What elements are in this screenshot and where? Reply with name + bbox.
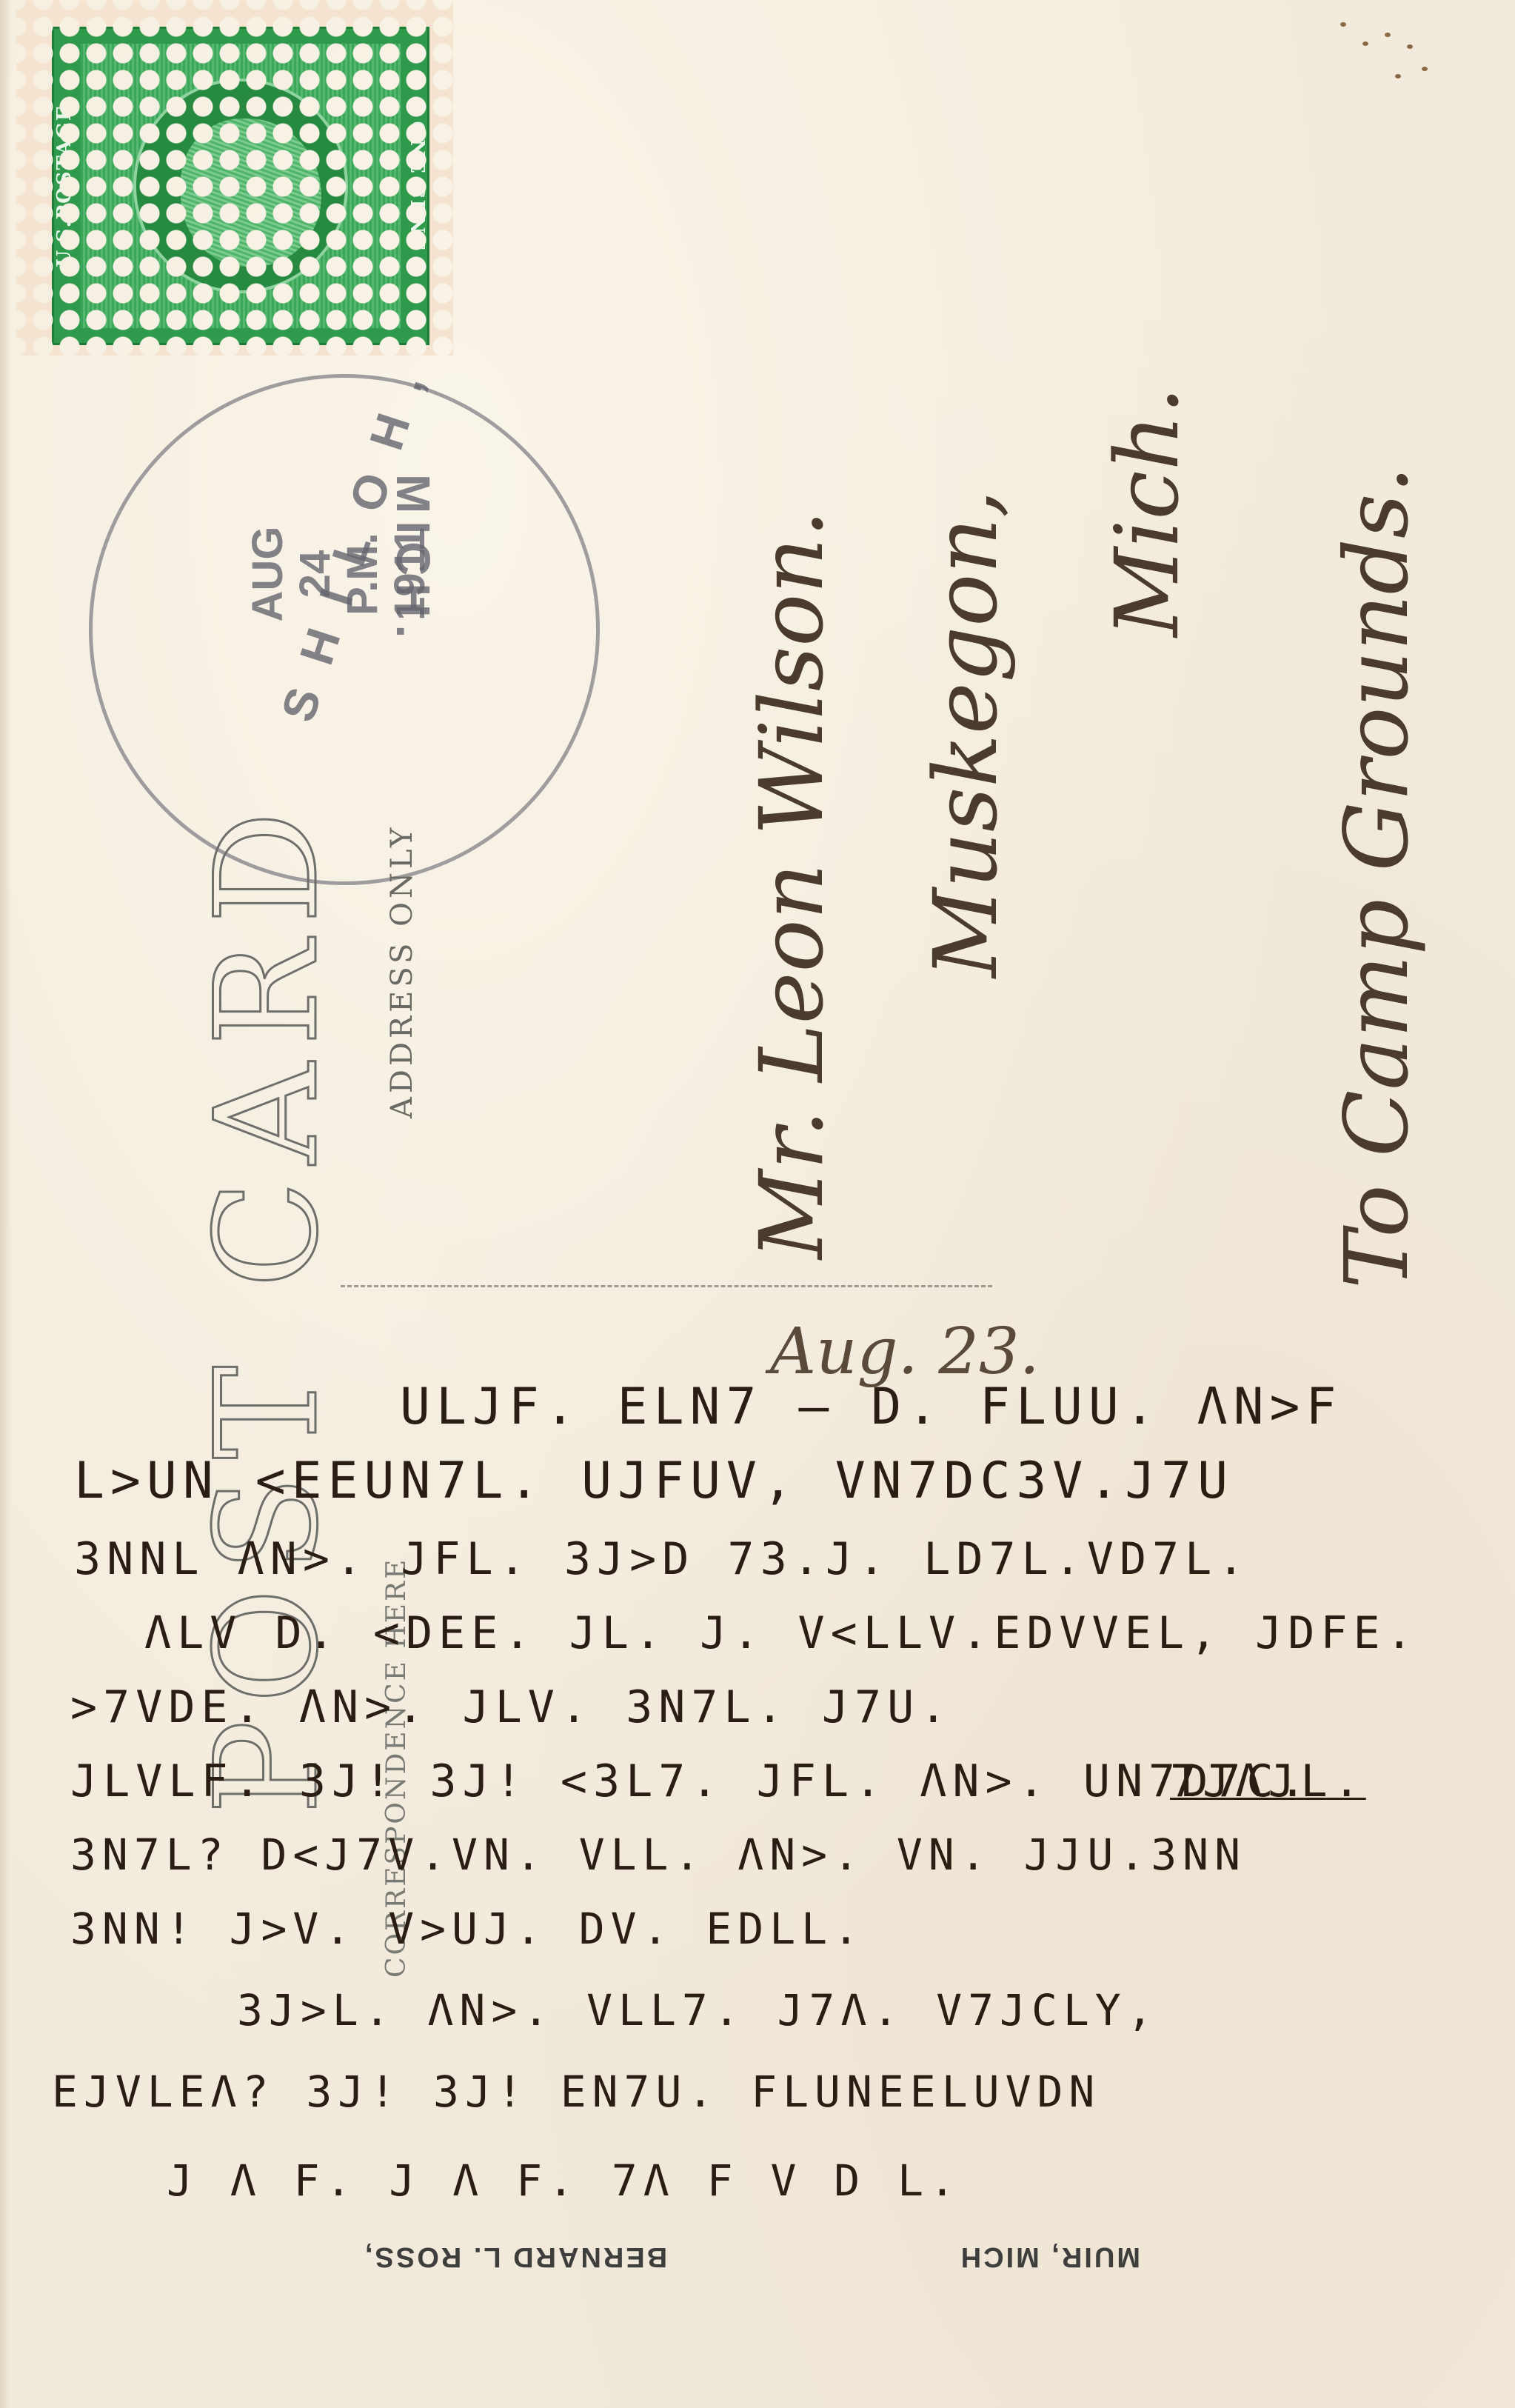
stamp-portrait-medallion bbox=[133, 79, 348, 293]
cipher-line: 3NN! J>V. V>UJ. DV. EDLL. bbox=[70, 1904, 865, 1954]
cipher-line: >7VDE. ΛN>. JLV. 3N7L. J7U. bbox=[70, 1681, 952, 1733]
postcard-title: POST CARD bbox=[185, 795, 349, 1815]
cipher-line: 3NNL ΛN>. JFL. 3J>D 73.J. LD7L.VD7L. bbox=[74, 1533, 1250, 1585]
card-edge bbox=[0, 0, 10, 2408]
recipient-city: Muskegon, bbox=[914, 490, 1017, 978]
postmark-date: AUG 24 P.M. 1911 bbox=[244, 456, 434, 693]
cipher-line: JLVLF. 3J! 3J! <3L7. JFL. ΛN>. UN7D7C. bbox=[70, 1755, 1312, 1807]
cipher-line: 3N7L? D<J7V.VN. VLL. ΛN>. VN. JJU.3NN bbox=[70, 1830, 1246, 1880]
recipient-state: Mich. bbox=[1096, 387, 1198, 637]
portrait-icon bbox=[181, 119, 321, 267]
stamp-country-label: U.S.POSTAGE bbox=[53, 104, 76, 267]
cipher-line: 3J>L. ΛN>. VLL7. J7Λ. V7JCLY, bbox=[237, 1985, 1159, 2035]
stamp-denomination-label: ONE CENT bbox=[406, 121, 428, 251]
recipient-name: Mr. Leon Wilson. bbox=[740, 510, 843, 1259]
postmark-year: 1911 bbox=[387, 456, 434, 693]
divider-line bbox=[341, 1285, 992, 1287]
postmark-time: P.M. bbox=[339, 456, 387, 693]
imprint-publisher: BERNARD L. ROSS, bbox=[363, 2241, 667, 2272]
stamp-frame: U.S.POSTAGE ONE CENT bbox=[52, 27, 429, 345]
postcard: U.S.POSTAGE ONE CENT SHILOH, MICH. AUG 2… bbox=[0, 0, 1515, 2408]
stamp-engraving bbox=[81, 44, 401, 328]
printer-imprint: MUIR, MICH BERNARD L. ROSS, bbox=[363, 2241, 1140, 2272]
cipher-line: EJVLEΛ? 3J! 3J! EN7U. FLUNEELUVDN bbox=[52, 2067, 1100, 2117]
cipher-line: J Λ F. J Λ F. 7Λ F V D L. bbox=[167, 2155, 961, 2206]
postmark-month: AUG bbox=[244, 456, 292, 693]
ink-specks bbox=[1333, 15, 1437, 89]
delivery-note: To Camp Grounds. bbox=[1325, 466, 1428, 1289]
cipher-line: ULJF. ELN7 — D. FLUU. ΛN>F bbox=[400, 1378, 1342, 1436]
imprint-location: MUIR, MICH bbox=[959, 2241, 1140, 2272]
postage-stamp: U.S.POSTAGE ONE CENT bbox=[16, 0, 453, 356]
postmark-day: 24 bbox=[292, 456, 339, 693]
address-only-label: ADDRESS ONLY bbox=[385, 824, 419, 1118]
cipher-line: L>UN <EEUN7L. UJFUV, VN7DC3V.J7U bbox=[74, 1452, 1234, 1510]
cipher-line: ΛLV D. <DEE. JL. J. V<LLV.EDVVEL, JDFE. bbox=[144, 1607, 1419, 1659]
